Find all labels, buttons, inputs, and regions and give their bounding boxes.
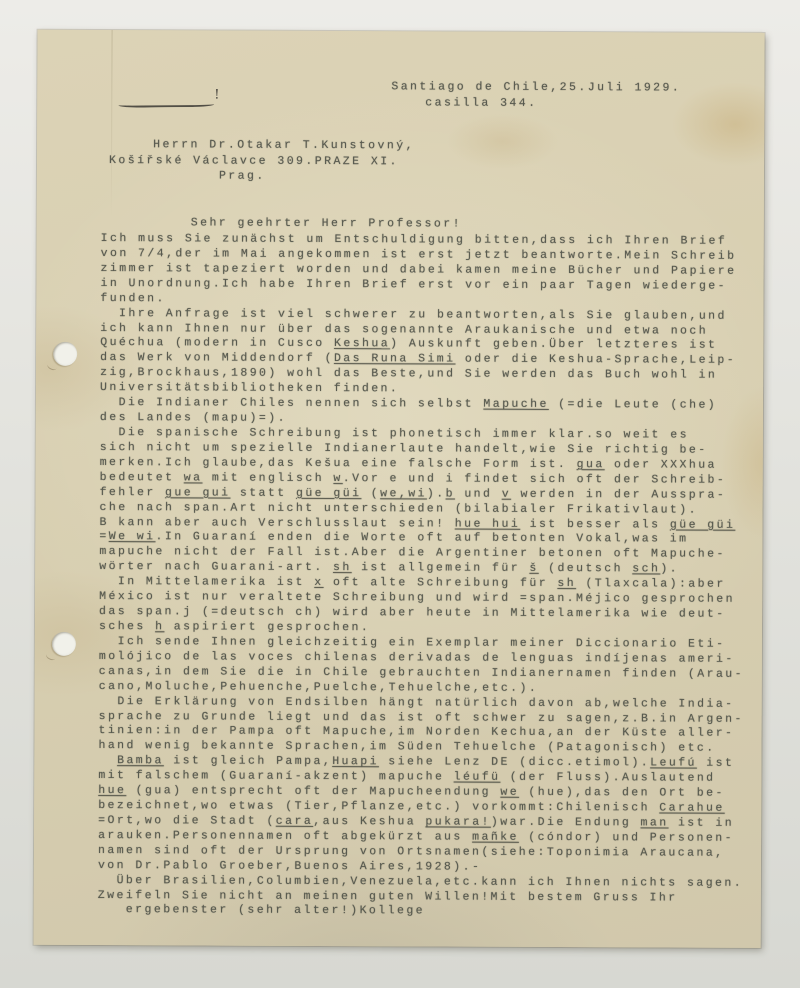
date-line: Santiago de Chile,25.Juli 1929. xyxy=(391,80,681,96)
recipient-city-line: Prag. xyxy=(219,170,266,185)
body-line: in Unordnung.Ich habe Ihren Brief erst v… xyxy=(100,277,760,295)
letter-page: ! Santiago de Chile,25.Juli 1929. casill… xyxy=(34,30,765,948)
punch-hole-top xyxy=(53,342,77,366)
recipient-name-line: Herrn Dr.Otakar T.Kunstovný, xyxy=(153,138,415,154)
po-box-line: casilla 344. xyxy=(425,96,537,111)
salutation: Sehr geehrter Herr Professor! xyxy=(191,216,462,232)
handwritten-underline xyxy=(118,102,214,108)
letter-body: Ich muss Sie zunächst um Entschuldigung … xyxy=(98,232,761,921)
handwritten-exclamation-mark: ! xyxy=(214,88,219,103)
body-line: ergebenster (sehr alter!)Kollege xyxy=(98,903,758,921)
recipient-street-line: Košířské Václavce 309.PRAZE XI. xyxy=(109,154,399,170)
paper-crease xyxy=(111,30,113,220)
punch-hole-bottom xyxy=(52,632,76,656)
